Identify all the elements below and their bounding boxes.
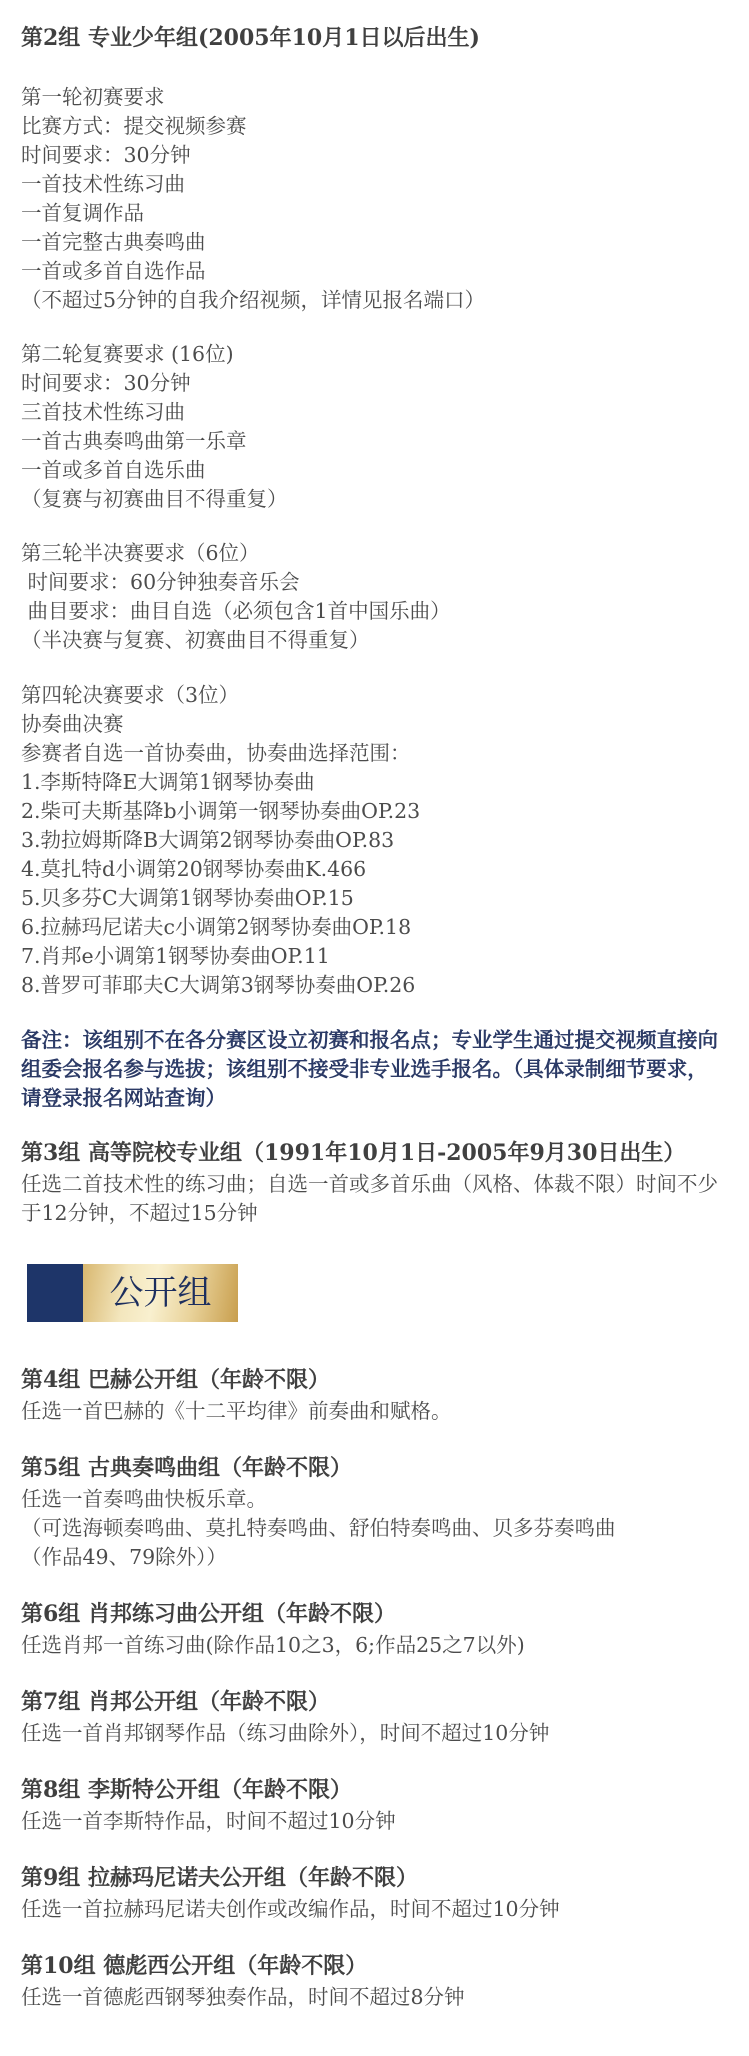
group8-title: 第8组 李斯特公开组（年龄不限）: [21, 1776, 725, 1805]
open-group-banner: 公开组: [27, 1264, 238, 1322]
requirement-line: 一首或多首自选作品: [21, 257, 725, 286]
requirement-line: 一首古典奏鸣曲第一乐章: [21, 427, 725, 456]
requirement-note-line: （半决赛与复赛、初赛曲目不得重复）: [21, 626, 725, 655]
group10-body-line: 任选一首德彪西钢琴独奏作品，时间不超过8分钟: [21, 1983, 725, 2012]
group7-body-line: 任选一首肖邦钢琴作品（练习曲除外），时间不超过10分钟: [21, 1719, 725, 1748]
requirement-line: 时间要求：60分钟独奏音乐会: [21, 568, 725, 597]
group5-body-line: 任选一首奏鸣曲快板乐章。: [21, 1485, 725, 1514]
group4-title: 第4组 巴赫公开组（年龄不限）: [21, 1366, 725, 1395]
competition-rules-document: 第2组 专业少年组(2005年10月1日以后出生) 第一轮初赛要求 比赛方式：提…: [21, 24, 725, 2012]
remark-line: 备注：该组别不在各分赛区设立初赛和报名点；专业学生通过提交视频直接向: [21, 1026, 725, 1055]
concerto-list-item: 3.勃拉姆斯降B大调第2钢琴协奏曲OP.83: [21, 826, 725, 855]
remark-line: 组委会报名参与选拔；该组别不接受非专业选手报名。（具体录制细节要求，: [21, 1055, 725, 1084]
requirement-line: 一首或多首自选乐曲: [21, 456, 725, 485]
group5-title: 第5组 古典奏鸣曲组（年龄不限）: [21, 1454, 725, 1483]
group2-round2-block: 第二轮复赛要求 (16位) 时间要求：30分钟 三首技术性练习曲 一首古典奏鸣曲…: [21, 340, 725, 514]
banner-navy-block: [27, 1264, 83, 1322]
group9-section: 第9组 拉赫玛尼诺夫公开组（年龄不限） 任选一首拉赫玛尼诺夫创作或改编作品，时间…: [21, 1864, 725, 1924]
remark-line: 请登录报名网站查询）: [21, 1084, 725, 1113]
group9-title: 第9组 拉赫玛尼诺夫公开组（年龄不限）: [21, 1864, 725, 1893]
concerto-list-item: 4.莫扎特d小调第20钢琴协奏曲K.466: [21, 855, 725, 884]
group9-body-line: 任选一首拉赫玛尼诺夫创作或改编作品，时间不超过10分钟: [21, 1895, 725, 1924]
concerto-list-item: 8.普罗可菲耶夫C大调第3钢琴协奏曲OP.26: [21, 971, 725, 1000]
concerto-list-item: 5.贝多芬C大调第1钢琴协奏曲OP.15: [21, 884, 725, 913]
round2-header: 第二轮复赛要求 (16位): [21, 340, 725, 369]
group8-body-line: 任选一首李斯特作品，时间不超过10分钟: [21, 1807, 725, 1836]
group6-body-line: 任选肖邦一首练习曲(除作品10之3，6;作品25之7以外): [21, 1631, 725, 1660]
concerto-list-item: 1.李斯特降E大调第1钢琴协奏曲: [21, 768, 725, 797]
round4-header: 第四轮决赛要求（3位）: [21, 681, 725, 710]
concerto-list-item: 2.柴可夫斯基降b小调第一钢琴协奏曲OP.23: [21, 797, 725, 826]
group5-section: 第5组 古典奏鸣曲组（年龄不限） 任选一首奏鸣曲快板乐章。 （可选海顿奏鸣曲、莫…: [21, 1454, 725, 1572]
banner-gold-plate: 公开组: [83, 1264, 238, 1322]
requirement-line: 一首复调作品: [21, 199, 725, 228]
requirement-line: 比赛方式：提交视频参赛: [21, 112, 725, 141]
group8-section: 第8组 李斯特公开组（年龄不限） 任选一首李斯特作品，时间不超过10分钟: [21, 1776, 725, 1836]
group3-body-line: 任选二首技术性的练习曲；自选一首或多首乐曲（风格、体裁不限）时间不少: [21, 1170, 725, 1199]
group7-section: 第7组 肖邦公开组（年龄不限） 任选一首肖邦钢琴作品（练习曲除外），时间不超过1…: [21, 1688, 725, 1748]
requirement-line: 一首完整古典奏鸣曲: [21, 228, 725, 257]
group6-section: 第6组 肖邦练习曲公开组（年龄不限） 任选肖邦一首练习曲(除作品10之3，6;作…: [21, 1600, 725, 1660]
concerto-list-item: 6.拉赫玛尼诺夫c小调第2钢琴协奏曲OP.18: [21, 913, 725, 942]
requirement-line: 曲目要求：曲目自选（必须包含1首中国乐曲）: [21, 597, 725, 626]
round1-header: 第一轮初赛要求: [21, 83, 725, 112]
requirement-line: 三首技术性练习曲: [21, 398, 725, 427]
group2-round4-block: 第四轮决赛要求（3位） 协奏曲决赛 参赛者自选一首协奏曲，协奏曲选择范围： 1.…: [21, 681, 725, 1000]
group2-remark: 备注：该组别不在各分赛区设立初赛和报名点；专业学生通过提交视频直接向 组委会报名…: [21, 1026, 725, 1113]
group5-body-line: （作品49、79除外））: [21, 1543, 725, 1572]
requirement-note-line: （复赛与初赛曲目不得重复）: [21, 485, 725, 514]
group10-section: 第10组 德彪西公开组（年龄不限） 任选一首德彪西钢琴独奏作品，时间不超过8分钟: [21, 1952, 725, 2012]
group2-round3-block: 第三轮半决赛要求（6位） 时间要求：60分钟独奏音乐会 曲目要求：曲目自选（必须…: [21, 539, 725, 655]
concerto-list-item: 7.肖邦e小调第1钢琴协奏曲OP.11: [21, 942, 725, 971]
requirement-line: 时间要求：30分钟: [21, 141, 725, 170]
group4-body-line: 任选一首巴赫的《十二平均律》前奏曲和赋格。: [21, 1397, 725, 1426]
group2-title: 第2组 专业少年组(2005年10月1日以后出生): [21, 24, 725, 53]
banner-label: 公开组: [110, 1279, 212, 1308]
group3-title: 第3组 高等院校专业组（1991年10月1日-2005年9月30日出生）: [21, 1139, 725, 1168]
group3-body-line: 于12分钟，不超过15分钟: [21, 1199, 725, 1228]
requirement-line: 时间要求：30分钟: [21, 369, 725, 398]
group5-body-line: （可选海顿奏鸣曲、莫扎特奏鸣曲、舒伯特奏鸣曲、贝多芬奏鸣曲: [21, 1514, 725, 1543]
group3-section: 第3组 高等院校专业组（1991年10月1日-2005年9月30日出生） 任选二…: [21, 1139, 725, 1228]
group6-title: 第6组 肖邦练习曲公开组（年龄不限）: [21, 1600, 725, 1629]
group7-title: 第7组 肖邦公开组（年龄不限）: [21, 1688, 725, 1717]
requirement-line: 一首技术性练习曲: [21, 170, 725, 199]
requirement-line: 参赛者自选一首协奏曲，协奏曲选择范围：: [21, 739, 725, 768]
requirement-line: 协奏曲决赛: [21, 710, 725, 739]
requirement-note-line: （不超过5分钟的自我介绍视频，详情见报名端口）: [21, 286, 725, 315]
group4-section: 第4组 巴赫公开组（年龄不限） 任选一首巴赫的《十二平均律》前奏曲和赋格。: [21, 1366, 725, 1426]
round3-header: 第三轮半决赛要求（6位）: [21, 539, 725, 568]
group10-title: 第10组 德彪西公开组（年龄不限）: [21, 1952, 725, 1981]
group2-round1-block: 第一轮初赛要求 比赛方式：提交视频参赛 时间要求：30分钟 一首技术性练习曲 一…: [21, 83, 725, 315]
